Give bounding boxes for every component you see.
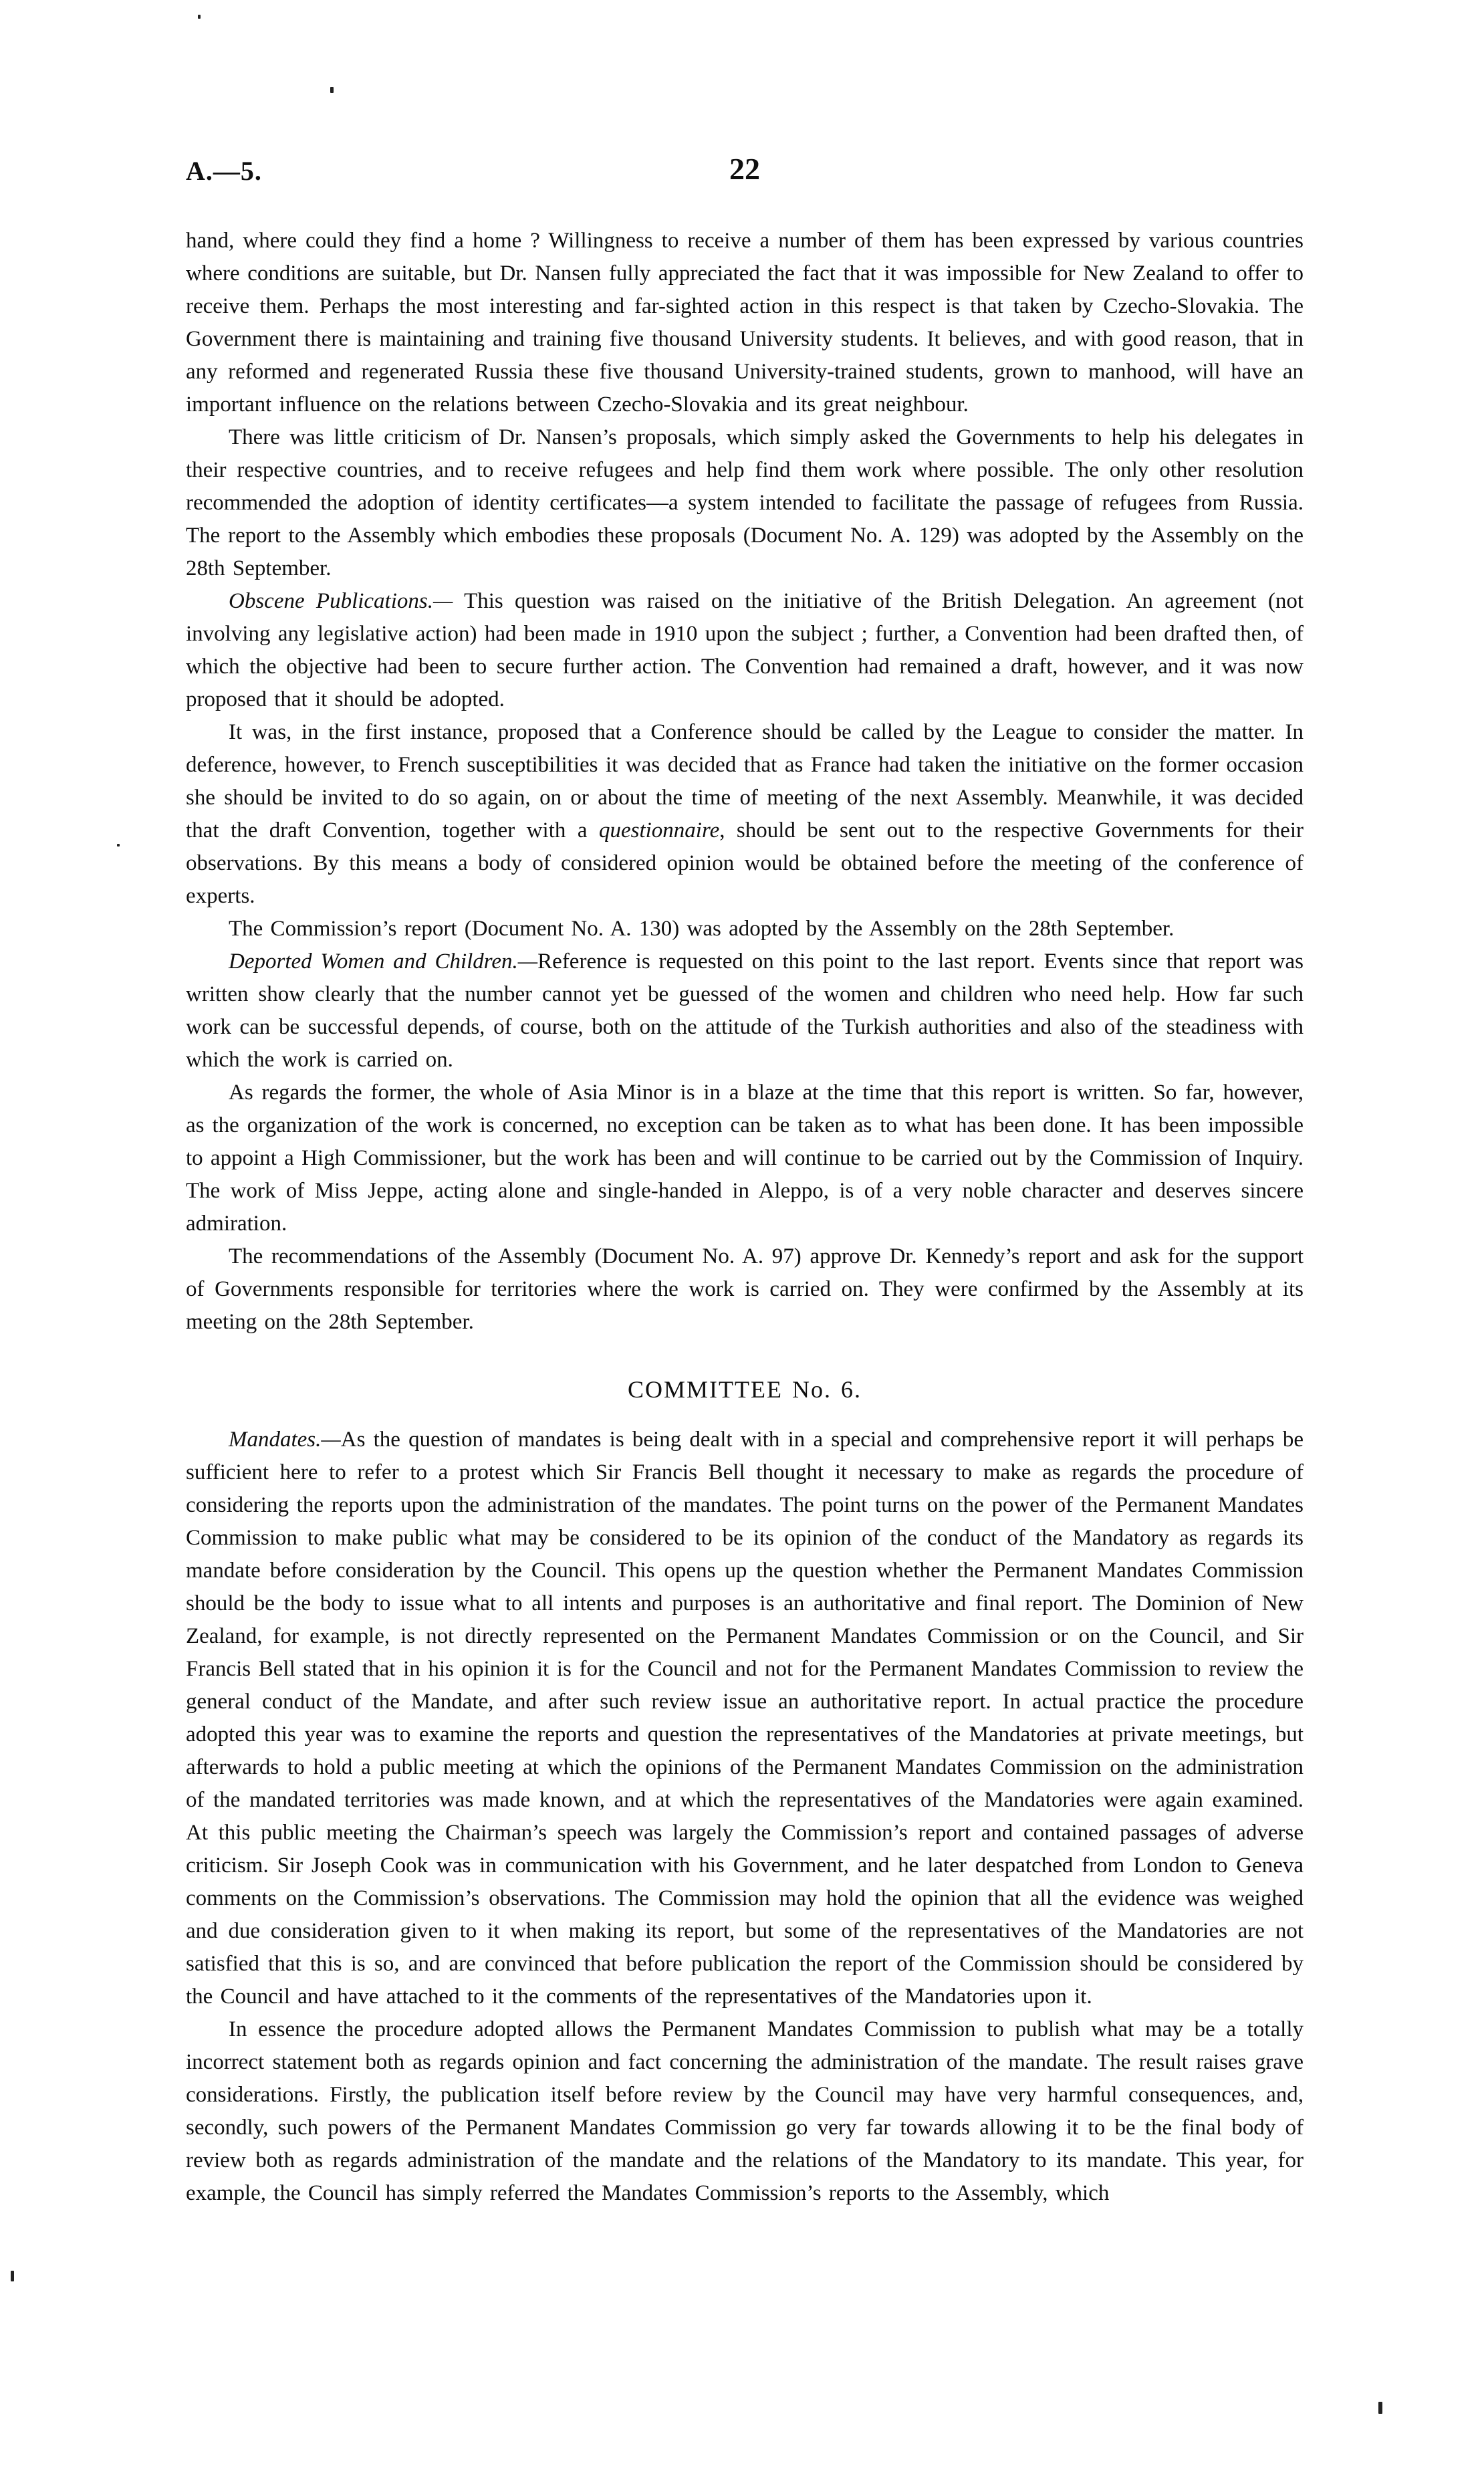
paragraph-mandates: Mandates.—As the question of mandates is… [186, 1424, 1304, 2013]
paragraph-obscene-publications: Obscene Publications.— This question was… [186, 585, 1304, 716]
scan-speck [1378, 2402, 1382, 2414]
paragraph: The recommendations of the Assembly (Doc… [186, 1240, 1304, 1339]
paragraph-text: The recommendations of the Assembly (Doc… [186, 1244, 1304, 1334]
paragraph: In essence the procedure adopted allows … [186, 2013, 1304, 2210]
page-number: 22 [186, 151, 1304, 187]
paragraph-text: As regards the former, the whole of Asia… [186, 1081, 1304, 1236]
paragraph: There was little criticism of Dr. Nansen… [186, 421, 1304, 585]
paragraph-italic-word: questionnaire [599, 818, 719, 842]
paragraph: It was, in the first instance, proposed … [186, 716, 1304, 913]
paragraph: The Commission’s report (Document No. A.… [186, 913, 1304, 945]
paragraph-lead: Obscene Publications.— [229, 589, 453, 613]
paragraph-lead: Deported Women and Children.— [229, 949, 537, 974]
paragraph: As regards the former, the whole of Asia… [186, 1077, 1304, 1240]
scan-speck [198, 15, 201, 19]
paragraph-lead: Mandates.— [229, 1428, 341, 1452]
section-heading-committee-6: COMMITTEE No. 6. [186, 1373, 1304, 1406]
scan-speck [117, 844, 120, 847]
paragraph: hand, where could they find a home ? Wil… [186, 225, 1304, 421]
paragraph-text: There was little criticism of Dr. Nansen… [186, 425, 1304, 580]
running-head: A.—5. 22 [186, 151, 1304, 191]
paragraph-text: In essence the procedure adopted allows … [186, 2017, 1304, 2205]
paragraph-text: hand, where could they find a home ? Wil… [186, 229, 1304, 417]
scan-speck [330, 87, 334, 93]
paragraph-deported-women-children: Deported Women and Children.—Reference i… [186, 945, 1304, 1077]
paragraph-text: The Commission’s report (Document No. A.… [229, 917, 1174, 941]
paragraph-text: As the question of mandates is being dea… [186, 1428, 1304, 2009]
text-block: hand, where could they find a home ? Wil… [186, 225, 1304, 2210]
scan-speck [11, 2271, 14, 2281]
scanned-document-page: A.—5. 22 hand, where could they find a h… [0, 0, 1484, 2480]
